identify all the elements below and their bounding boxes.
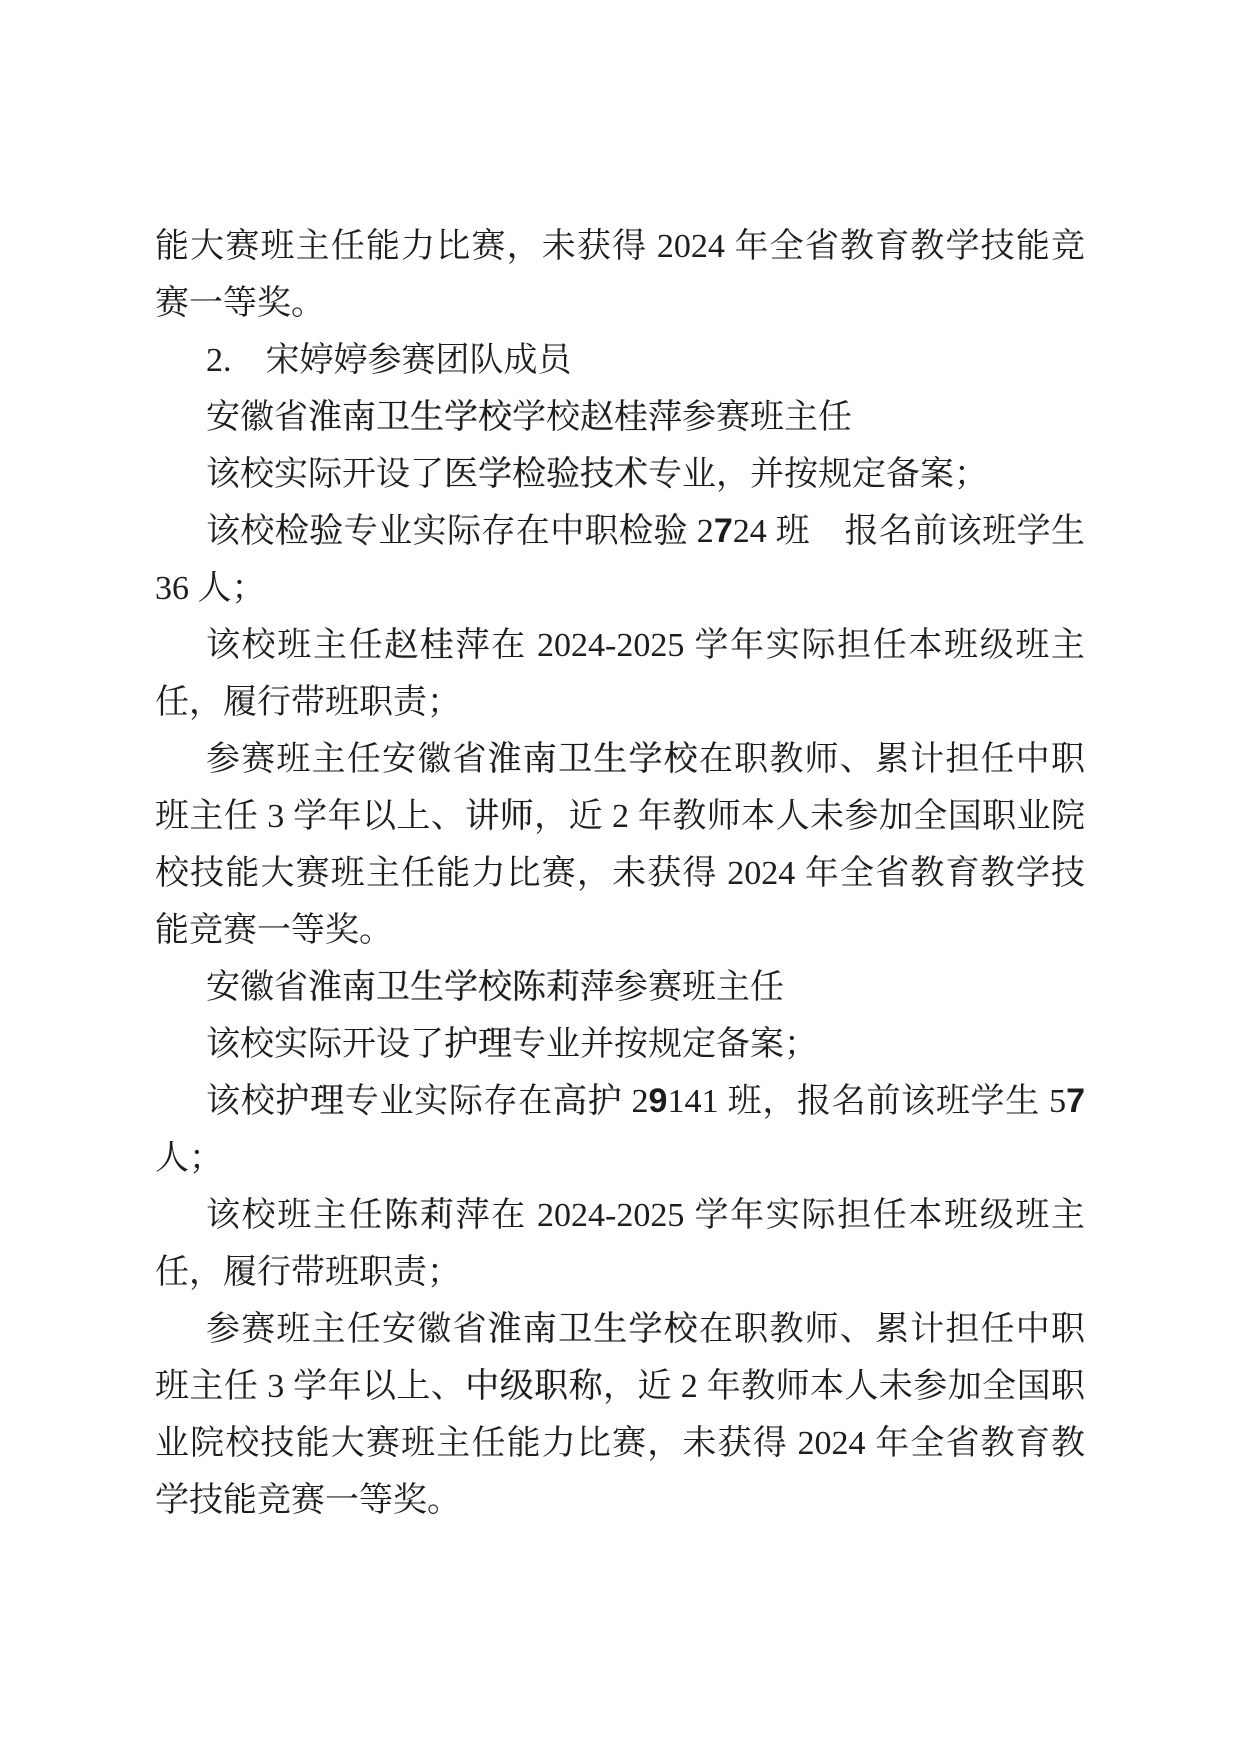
inserted-text: 检验 (619, 513, 688, 550)
text-run: 141 班，报名前该班学生 5 (667, 1083, 1066, 1120)
text-run: 专业，并按规定备案； (648, 456, 988, 493)
text-run: 该校实际开设了 (206, 456, 444, 493)
text-run: 该校 (206, 1083, 275, 1120)
paragraph: 该校班主任赵桂萍在 2024-2025 学年实际担任本班级班主任，履行带班职责； (155, 617, 1085, 731)
inserted-text: 护理 (275, 1083, 344, 1120)
text-run: 能大赛班主任能力比赛，未获得 2024 年全省教育教学技能竞赛一等奖。 (155, 228, 1085, 322)
paragraph: 该校护理专业实际存在高护 29141 班，报名前该班学生 57 人； (155, 1073, 1085, 1187)
text-run: 2 (688, 513, 714, 550)
document-body: 能大赛班主任能力比赛，未获得 2024 年全省教育教学技能竞赛一等奖。2. 宋婷… (155, 218, 1085, 1529)
paragraph: 能大赛班主任能力比赛，未获得 2024 年全省教育教学技能竞赛一等奖。 (155, 218, 1085, 332)
paragraph: 该校检验专业实际存在中职检验 2724 班 报名前该班学生 36 人； (155, 503, 1085, 617)
paragraph: 该校班主任陈莉萍在 2024-2025 学年实际担任本班级班主任，履行带班职责； (155, 1187, 1085, 1301)
paragraph: 安徽省淮南卫生学校学校赵桂萍参赛班主任 (155, 389, 1085, 446)
inserted-text: 赵桂萍 (580, 399, 682, 436)
paragraph: 安徽省淮南卫生学校陈莉萍参赛班主任 (155, 959, 1085, 1016)
text-run: 参赛班主任 (682, 399, 852, 436)
paragraph: 2. 宋婷婷参赛团队成员 (155, 332, 1085, 389)
inserted-text: 中级职称 (465, 1368, 603, 1405)
text-run: 人； (155, 1140, 223, 1177)
inserted-text: 高护 (553, 1083, 622, 1120)
inserted-text: 淮南卫生学校 (488, 1311, 699, 1348)
bold-number: 7 (1066, 1082, 1085, 1120)
text-run: 该校班主任 (206, 627, 384, 664)
text-run: 参赛班主任安徽省 (206, 1311, 488, 1348)
text-run: 安徽省 (206, 399, 308, 436)
text-run: 该校 (206, 513, 275, 550)
text-run: 2. 宋婷婷参赛团队成员 (206, 342, 572, 379)
inserted-text: 淮南卫生学校 (488, 741, 699, 778)
text-run: 安徽省 (206, 969, 308, 1006)
inserted-text: 淮南卫生学校 (308, 399, 512, 436)
paragraph: 参赛班主任安徽省淮南卫生学校在职教师、累计担任中职班主任 3 学年以上、中级职称… (155, 1301, 1085, 1529)
inserted-text: 护理 (444, 1026, 512, 1063)
paragraph: 该校实际开设了护理专业并按规定备案； (155, 1016, 1085, 1073)
inserted-text: 医学检验技术 (444, 456, 648, 493)
text-run: 参赛班主任安徽省 (206, 741, 488, 778)
paragraph: 参赛班主任安徽省淮南卫生学校在职教师、累计担任中职班主任 3 学年以上、讲师，近… (155, 731, 1085, 959)
text-run: 专业实际存在中职 (344, 513, 619, 550)
bold-number: 9 (649, 1082, 668, 1120)
bold-number: 7 (714, 512, 733, 550)
text-run: 专业实际存在 (345, 1083, 553, 1120)
inserted-text: 讲师 (465, 798, 534, 835)
paragraph: 该校实际开设了医学检验技术专业，并按规定备案； (155, 446, 1085, 503)
text-run: 学校 (512, 399, 580, 436)
text-run: 该校班主任 (206, 1197, 384, 1234)
inserted-text: 赵桂萍 (384, 627, 491, 664)
inserted-text: 陈莉萍 (384, 1197, 491, 1234)
text-run: 专业并按规定备案； (512, 1026, 818, 1063)
inserted-text: 检验 (275, 513, 344, 550)
text-run: 参赛班主任 (614, 969, 784, 1006)
document-page: 能大赛班主任能力比赛，未获得 2024 年全省教育教学技能竞赛一等奖。2. 宋婷… (0, 0, 1240, 1753)
inserted-text: 淮南卫生学校陈莉萍 (308, 969, 614, 1006)
text-run: 2 (622, 1083, 648, 1120)
text-run: 该校实际开设了 (206, 1026, 444, 1063)
